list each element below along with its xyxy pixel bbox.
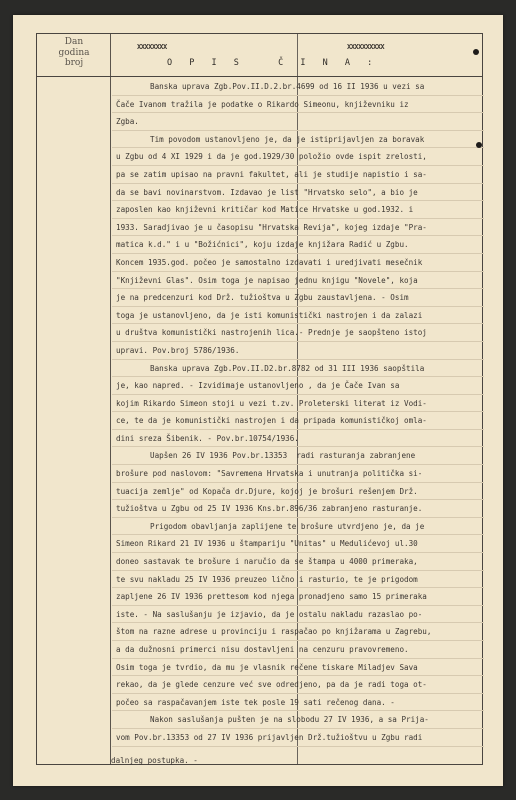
text-line: Čače Ivanom tražila je podatke o Rikardo… <box>112 96 484 114</box>
text-line: doneo sastavak te brošure i naručio da s… <box>112 553 484 571</box>
date-year-number-column <box>37 34 111 764</box>
text-line: je na predcenzuri kod Drž. tužioštva u Z… <box>112 289 484 307</box>
text-line: u društva komunistički nastrojenih lica.… <box>112 324 484 342</box>
header-label-dan: Dan <box>37 37 111 48</box>
text-line: u Zgbu od 4 XI 1929 i da je god.1929/30 … <box>112 148 484 166</box>
struck-out-word-right: XXXXXXXXXX <box>347 43 384 51</box>
text-line: brošure pod naslovom: "Savremena Hrvatsk… <box>112 465 484 483</box>
text-line: Tim povodom ustanovljeno je, da je istip… <box>112 131 484 149</box>
document-page: Dan godina broj XXXXXXXX XXXXXXXXXX O P … <box>13 15 503 786</box>
text-line: zapljene 26 IV 1936 prettesom kod njega … <box>112 588 484 606</box>
text-line: Simeon Rikard 21 IV 1936 u štampariju "U… <box>112 535 484 553</box>
text-line: Banska uprava Zgb.Pov.II.D.2.br.4699 od … <box>112 78 484 96</box>
text-line: Koncem 1935.god. počeo je samostalno izd… <box>112 254 484 272</box>
text-line: tužioštva u Zgbu od 25 IV 1936 Kns.br.89… <box>112 500 484 518</box>
header-label-broj: broj <box>37 58 111 69</box>
text-line: toga je ustanovljeno, da je isti komunis… <box>112 307 484 325</box>
record-table: Dan godina broj XXXXXXXX XXXXXXXXXX O P … <box>36 33 483 765</box>
text-line: "Književni Glas". Osim toga je napisao j… <box>112 272 484 290</box>
punch-hole-mark <box>473 49 479 55</box>
text-line: iste. - Na saslušanju je izjavio, da je … <box>112 606 484 624</box>
text-line: kojim Rikardo Simeon stoji u vezi t.zv. … <box>112 395 484 413</box>
text-line: 1933. Saradjivao je u časopisu "Hrvatska… <box>112 219 484 237</box>
text-line: zaposlen kao književni kritičar kod Mati… <box>112 201 484 219</box>
text-line: a da dužnosni primerci nisu dostavljeni … <box>112 641 484 659</box>
text-line: upravi. Pov.broj 5786/1936. <box>112 342 484 360</box>
text-line: tuacija zemlje" od Kopača dr.Djure, kojo… <box>112 483 484 501</box>
body-text: Banska uprava Zgb.Pov.II.D.2.br.4699 od … <box>112 78 484 747</box>
document-title: O P I S Č I N A : <box>167 58 378 68</box>
text-line: Osim toga je tvrdio, da mu je vlasnik re… <box>112 659 484 677</box>
text-line: počeo sa raspačavanjem iste tek posle 19… <box>112 694 484 712</box>
text-line: da se bavi novinarstvom. Izdavao je list… <box>112 184 484 202</box>
text-line: je, kao napred. - Izvidimaje ustanovljen… <box>112 377 484 395</box>
text-line: dini sreza Šibenik. - Pov.br.10754/1936. <box>112 430 484 448</box>
text-line: te svu nakladu 25 IV 1936 preuzeo lično … <box>112 571 484 589</box>
struck-out-word-left: XXXXXXXX <box>137 43 167 51</box>
text-line: Uapšen 26 IV 1936 Pov.br.13353 radi rast… <box>112 447 484 465</box>
table-header: Dan godina broj XXXXXXXX XXXXXXXXXX O P … <box>37 34 482 77</box>
text-line: Prigodom obavljanja zaplijene te brošure… <box>112 518 484 536</box>
text-line: Nakon saslušanja pušten je na slobodu 27… <box>112 711 484 729</box>
text-line: štom na razne adrese u provinciju i rasp… <box>112 623 484 641</box>
text-line: Zgba. <box>112 113 484 131</box>
text-line: vom Pov.br.13353 od 27 IV 1936 prijavlje… <box>112 729 484 747</box>
left-column-header: Dan godina broj <box>37 37 111 69</box>
text-line: ce, te da je komunistički nastrojen i da… <box>112 412 484 430</box>
punch-hole-mark <box>476 142 482 148</box>
text-line: Banska uprava Zgb.Pov.II.D2.br.8782 od 3… <box>112 360 484 378</box>
text-line: rekao, da je glede cenzure već sve odred… <box>112 676 484 694</box>
continuation-line: dalnjeg postupka. - <box>111 756 198 765</box>
header-label-godina: godina <box>37 48 111 59</box>
text-line: matica k.d." i u "Božićnici", koju izdaj… <box>112 236 484 254</box>
text-line: pa se zatim upisao na pravni fakultet, a… <box>112 166 484 184</box>
